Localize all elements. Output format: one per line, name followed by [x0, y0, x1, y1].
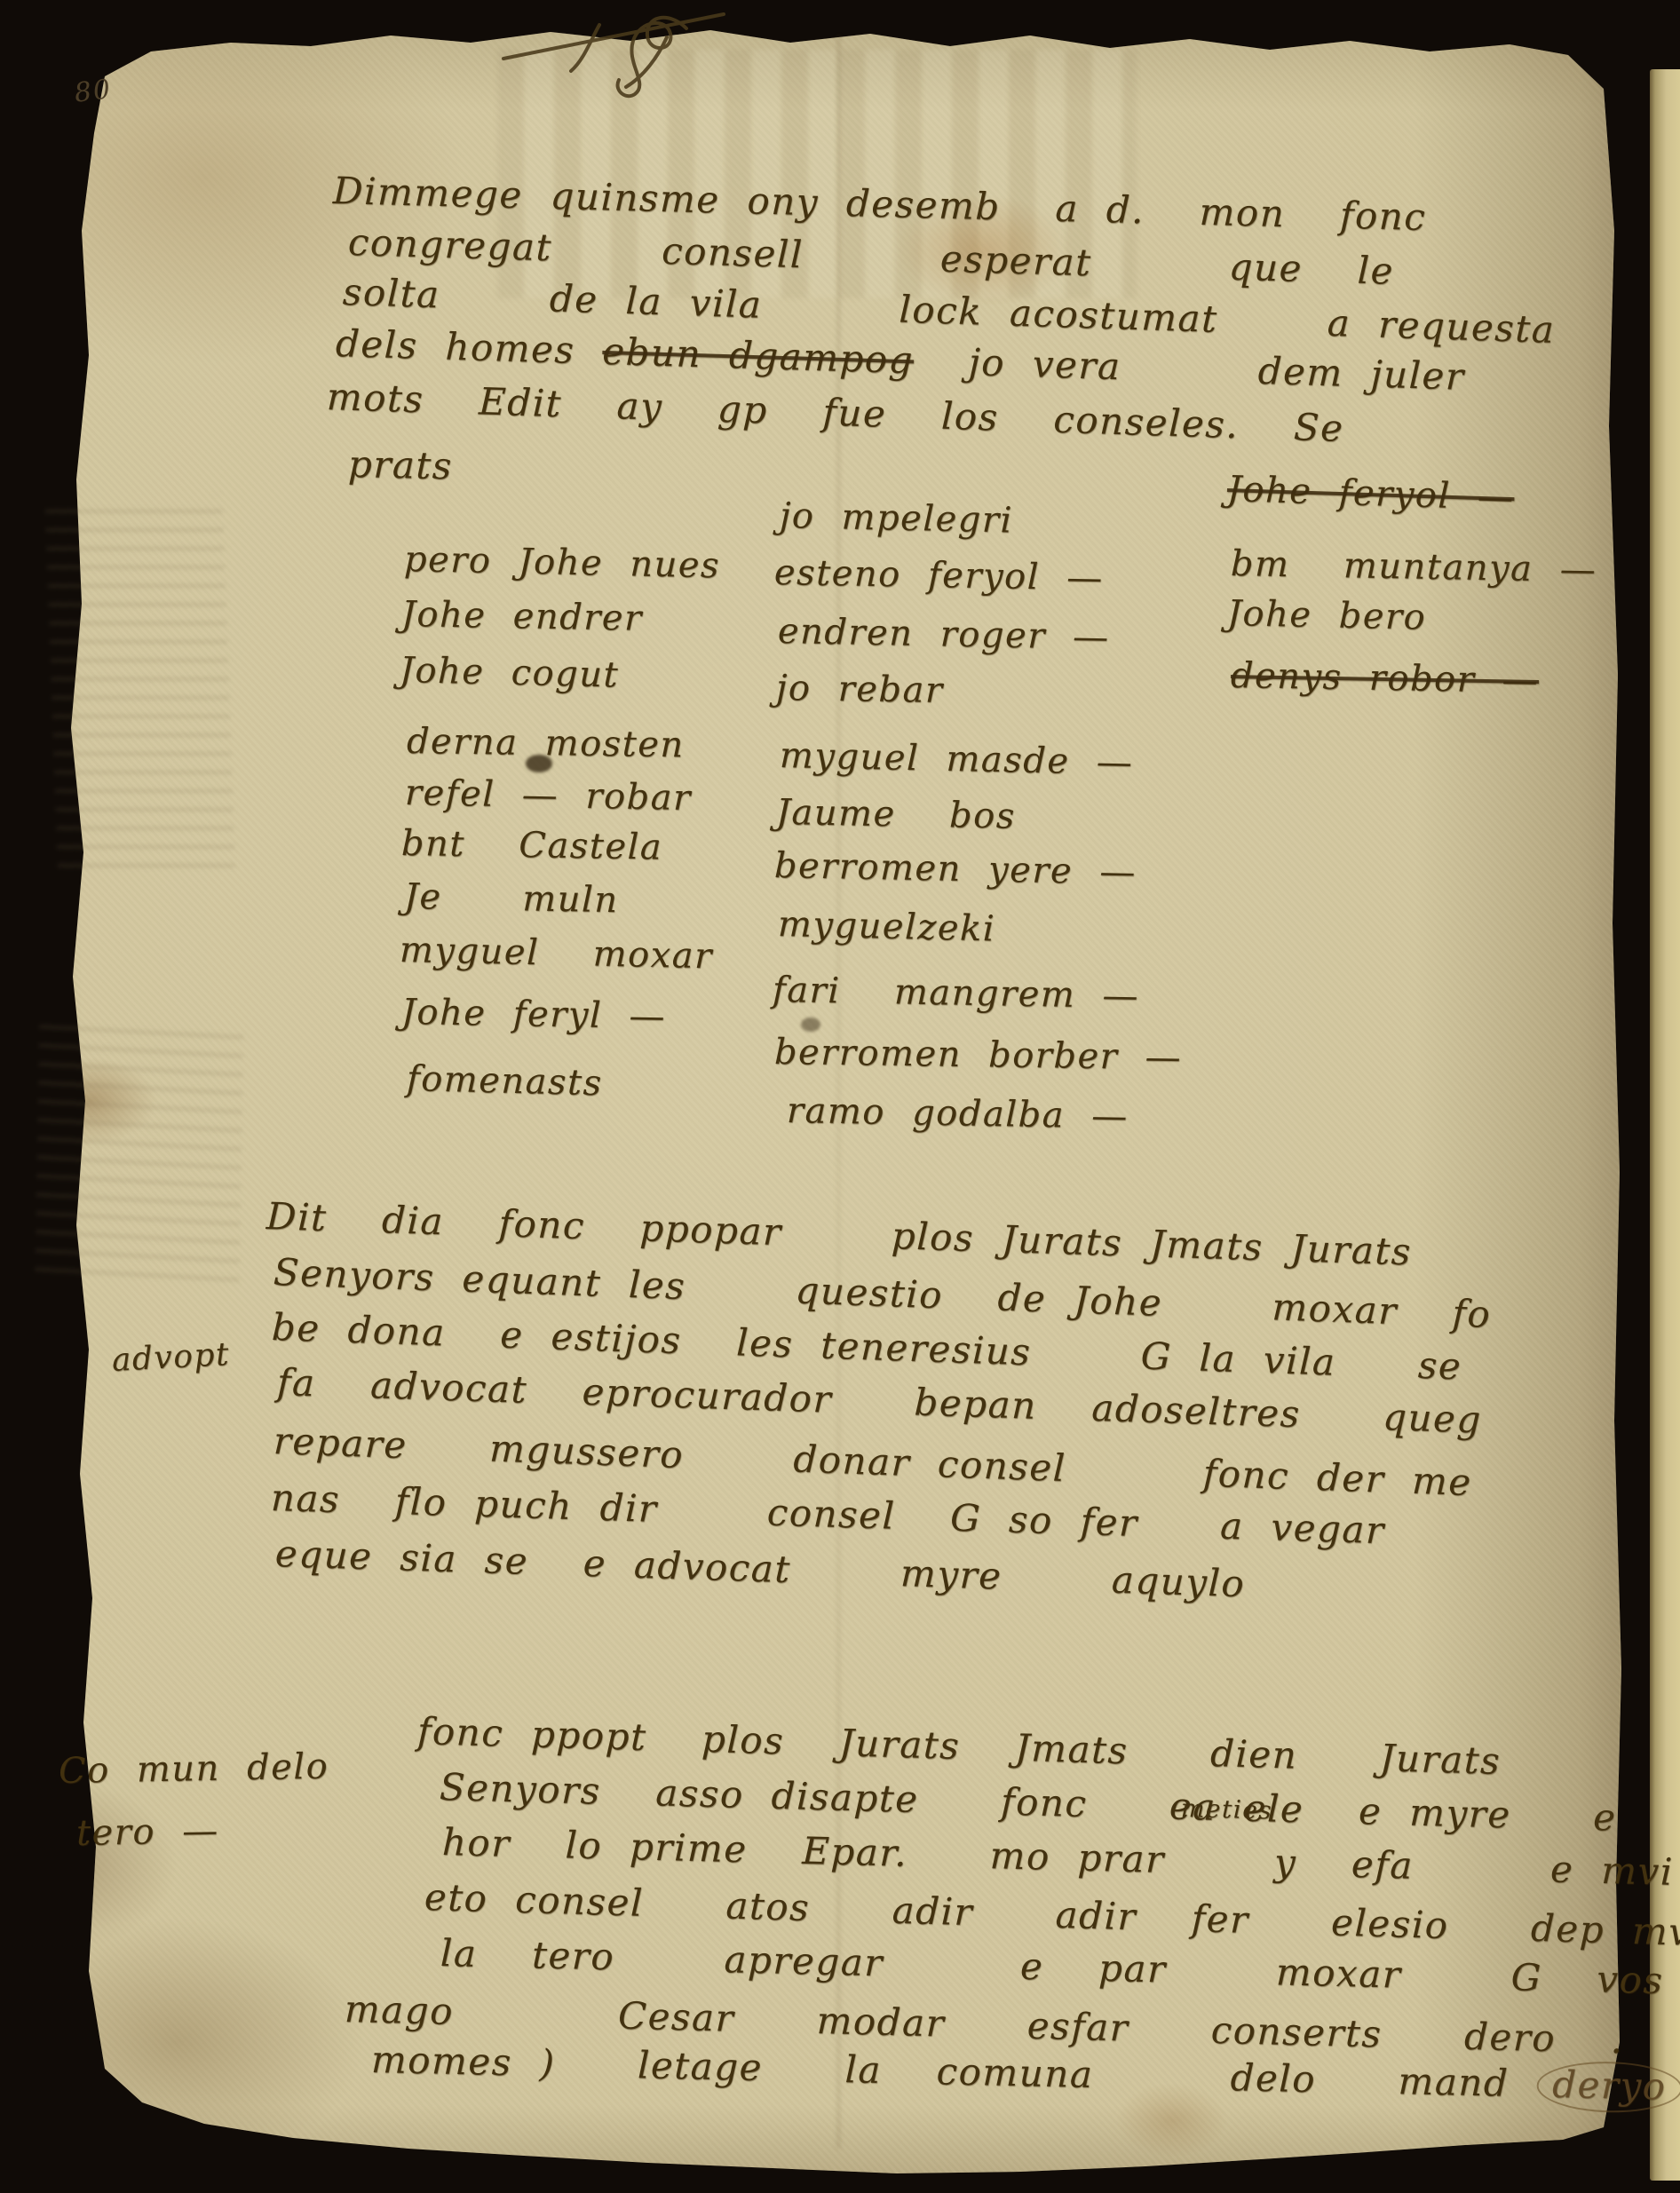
- para3-line3-superscript: meties: [1181, 1793, 1273, 1825]
- margin-note-comu-dela-terra-line1: Co mun delo: [59, 1746, 329, 1792]
- list-name-struck: denys robor —: [1231, 655, 1540, 701]
- folio-number: 80: [73, 74, 114, 109]
- list-name: jo mpelegri: [780, 495, 1014, 541]
- list-name: myguelzeki: [777, 904, 995, 950]
- ink-blot: [801, 1017, 820, 1032]
- list-name: myguel masde —: [780, 735, 1134, 783]
- para1-line6: prats: [347, 442, 453, 487]
- para3-line7-circled-word: deryo: [1536, 2060, 1680, 2113]
- list-name: berromen yere —: [774, 845, 1137, 893]
- list-name: bnt Castela: [401, 823, 663, 868]
- list-name: ramo godalba —: [787, 1090, 1129, 1137]
- list-name: Johe feryl —: [401, 992, 667, 1037]
- margin-note-advocat: advopt: [111, 1336, 231, 1379]
- margin-note-comu-dela-terra-line2: tero —: [76, 1810, 219, 1854]
- list-name: derna mosten: [407, 721, 685, 765]
- list-name: berromen borber —: [774, 1032, 1183, 1078]
- list-name: Johe endrer: [401, 594, 643, 639]
- list-name: bm muntanya —: [1231, 543, 1597, 590]
- list-name: refel — robar: [405, 772, 693, 819]
- list-name: Johe cogut: [399, 650, 619, 696]
- list-name: pero Johe nues: [404, 539, 721, 586]
- list-name: fari mangrem —: [773, 970, 1140, 1017]
- list-name: endren roger —: [778, 611, 1110, 658]
- para1-line4-text: dels homes: [335, 321, 603, 373]
- list-name: Johe bero: [1227, 593, 1427, 638]
- list-name: Je muln: [404, 876, 619, 921]
- list-name: esteno feryol —: [774, 552, 1105, 598]
- list-name: myguel moxar: [400, 930, 714, 977]
- list-name: Jaume bos: [776, 792, 1017, 837]
- list-name: fomenasts: [406, 1058, 603, 1104]
- list-name: jo rebar: [776, 668, 944, 711]
- para1-line4-struck-words: ebun dgampog: [602, 329, 915, 382]
